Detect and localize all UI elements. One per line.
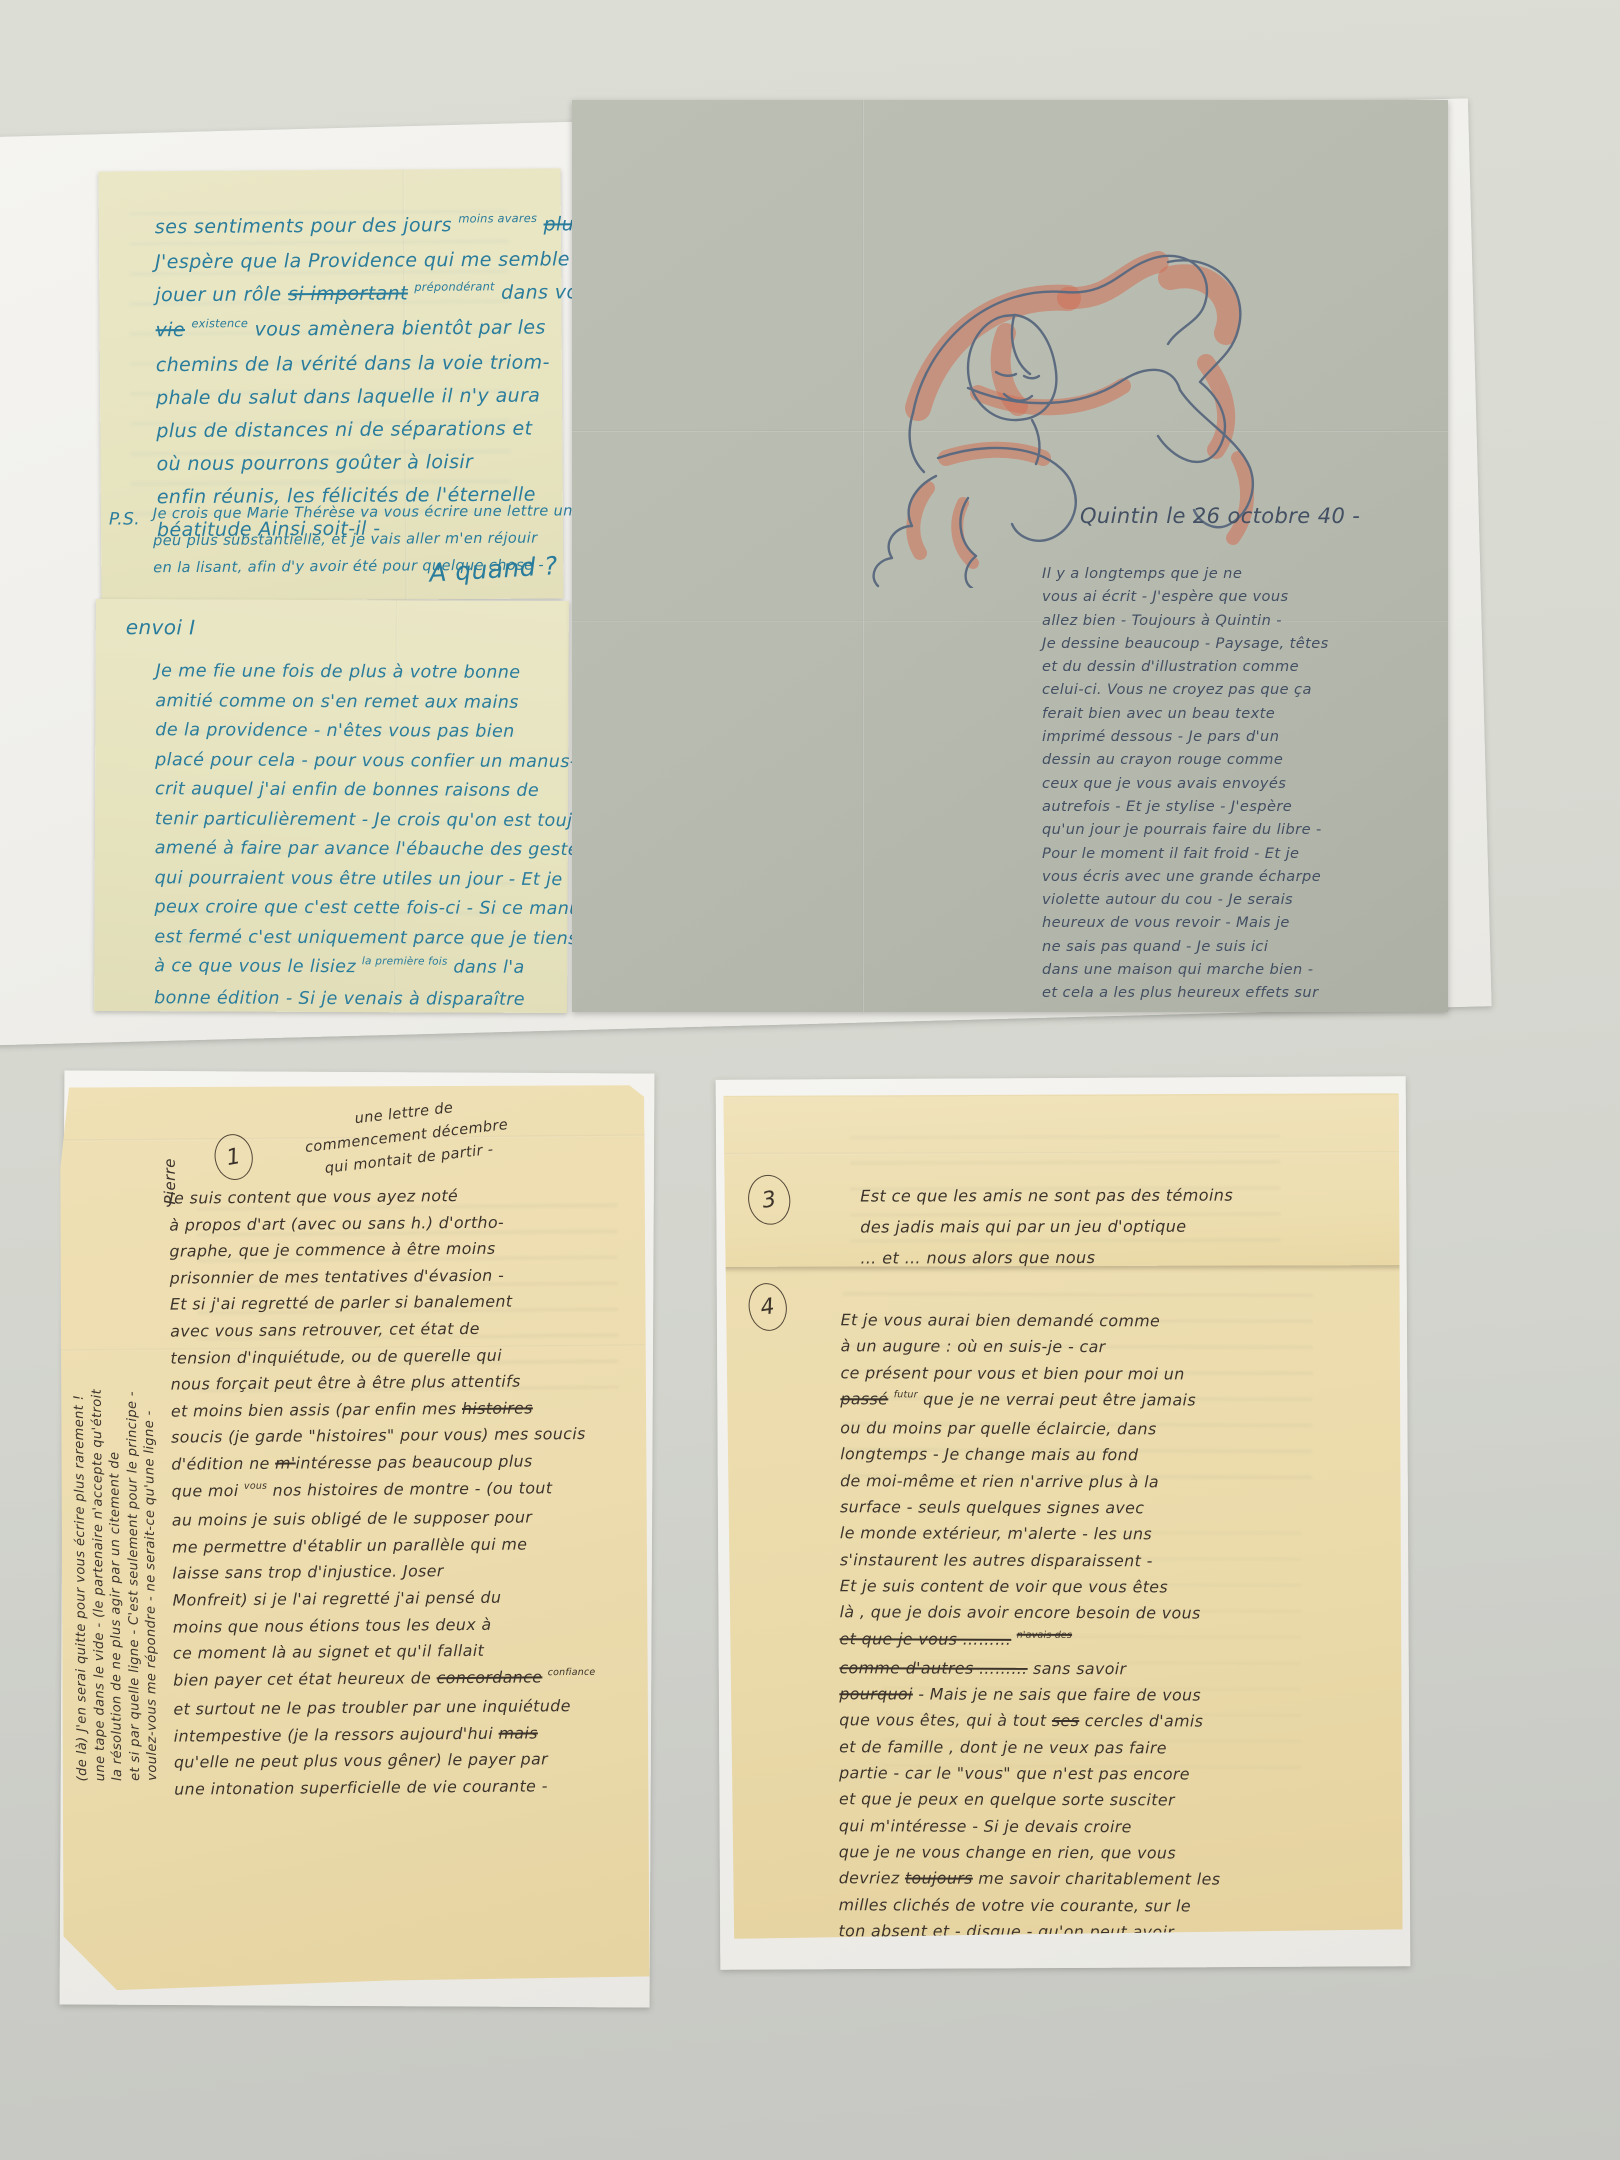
text-line: Il y a longtemps que je ne [1042, 562, 1329, 585]
text-line: pourquoi - Mais je ne sais que faire de … [839, 1681, 1221, 1709]
text-line: devriez toujours me savoir charitablemen… [839, 1865, 1221, 1893]
dateline: Quintin le 26 octobre 40 - [1080, 504, 1360, 528]
text-line: Et si j'ai regretté de parler si banalem… [170, 1288, 592, 1318]
text-line: qui m'intéresse - Si je devais croire [839, 1813, 1221, 1841]
text-line: Monfreit) si je l'ai regretté j'ai pensé… [172, 1584, 594, 1614]
text-line: comme d'autres ……… sans savoir [839, 1655, 1221, 1683]
text-line: bien payer cet état heureux de concordan… [173, 1664, 595, 1697]
text-line: au moins je suis obligé de le supposer p… [172, 1504, 594, 1534]
text-line: … et … nous alors que nous [860, 1242, 1233, 1267]
text-line: à propos d'art (avec ou sans h.) d'ortho… [169, 1209, 591, 1239]
text-line: Je dessine beaucoup - Paysage, têtes [1042, 632, 1329, 655]
text-line: que vous êtes, qui à tout ses cercles d'… [839, 1708, 1221, 1736]
page-number-circled: 3 [745, 1172, 794, 1228]
text-line: de moi-même et rien n'arrive plus à la [840, 1468, 1222, 1496]
text-line: une intonation superficielle de vie cour… [174, 1773, 596, 1803]
letter-grey-with-drawing: Quintin le 26 octobre 40 - Il y a longte… [572, 100, 1448, 1012]
text-line: vous ai écrit - J'espère que vous [1042, 585, 1329, 608]
text-line: laisse sans trop d'injustice. Joser [172, 1557, 594, 1587]
text-line: que je ne vous change en rien, que vous [839, 1839, 1221, 1867]
manuscript-page-4: 3 Est ce que les amis ne sont pas des té… [721, 1091, 1406, 1941]
text-line: et que je vous ……… n'avais des [840, 1626, 1222, 1657]
text-line: ou du moins par quelle éclaircie, dans [840, 1415, 1222, 1443]
text-line: à un augure : où en suis-je - car [841, 1334, 1223, 1362]
text-line: et moins bien assis (par enfin mes histo… [171, 1395, 593, 1425]
text-line: imprimé dessous - Je pars d'un [1042, 725, 1329, 748]
text-line: ce moment là au signet et qu'il fallait [173, 1637, 595, 1667]
text-line: qu'un jour je pourrais faire du libre - [1042, 818, 1329, 841]
text-line: avec vous sans retrouver, cet état de [170, 1315, 592, 1345]
header-annotation: une lettre decommencement décembrequi mo… [301, 1091, 512, 1183]
text-line: Pour le moment il fait froid - Et je [1042, 842, 1329, 865]
manuscript-body-text: Et je vous aurai bien demandé commeà un … [839, 1307, 1223, 1945]
text-line: que moi vous nos histoires de montre - (… [171, 1474, 593, 1507]
text-line: s'instaurent les autres disparaissent - [840, 1547, 1222, 1575]
text-line: celui-ci. Vous ne croyez pas que ça [1042, 678, 1329, 701]
text-line: peu plus substantielle, et je vais aller… [153, 525, 573, 555]
text-line: Et je vous aurai bien demandé comme [841, 1307, 1223, 1335]
text-line: tension d'inquiétude, ou de querelle qui [170, 1341, 592, 1371]
text-line: d'édition ne m'intéresse pas beaucoup pl… [171, 1448, 593, 1478]
text-line: ceux que je vous avais envoyés [1042, 772, 1329, 795]
text-line: milles clichés de votre vie courante, su… [839, 1892, 1221, 1920]
text-line: soucis (je garde "histoires" pour vous) … [171, 1421, 593, 1451]
text-line: autrefois - Et je stylise - J'espère [1042, 795, 1329, 818]
manuscript-page-1: 1 une lettre decommencement décembrequi … [56, 1082, 652, 1990]
text-line: passé futur que je ne verrai peut être j… [840, 1386, 1222, 1417]
text-line: Je suis content que vous ayez noté [169, 1182, 591, 1212]
text-line: le monde extérieur, m'alerte - les uns [840, 1521, 1222, 1549]
page-number-circled: 4 [745, 1280, 790, 1333]
manuscript-body-text: Je suis content que vous ayez notéà prop… [169, 1182, 597, 1803]
text-line: et de famille , dont je ne veux pas fair… [839, 1734, 1221, 1762]
closing-question: A quand ? [429, 551, 559, 588]
text-line: Je crois que Marie Thérèse va vous écrir… [153, 498, 573, 528]
letter-teal-page-1: ses sentiments pour des jours moins avar… [99, 168, 564, 601]
letter-teal-page-2: envoi I Je me fie une fois de plus à vot… [94, 599, 569, 1013]
text-line: violette autour du cou - Je serais [1042, 888, 1329, 911]
text-line: heureux de vous revoir - Mais je [1042, 911, 1329, 934]
text-line: partie - car le "vous" que n'est pas enc… [839, 1760, 1221, 1788]
photo-of-manuscripts: ses sentiments pour des jours moins avar… [0, 0, 1620, 2160]
text-line: ne sais pas quand - Je suis ici [1042, 935, 1329, 958]
text-line: prisonnier de mes tentatives d'évasion - [170, 1262, 592, 1292]
text-line: qu'elle ne peut plus vous gêner) le paye… [174, 1746, 596, 1776]
text-line: Et je suis content de voir que vous êtes [840, 1573, 1222, 1601]
text-line: et du dessin d'illustration comme [1042, 655, 1329, 678]
text-line: allez bien - Toujours à Quintin - [1042, 609, 1329, 632]
text-line: surface - seuls quelques signes avec [840, 1494, 1222, 1522]
text-line: longtemps - Je change mais au fond [840, 1442, 1222, 1470]
text-line: et surtout ne le pas troubler par une in… [173, 1693, 595, 1723]
text-line: intempestive (je la ressors aujourd'hui … [174, 1720, 596, 1750]
manuscript-body-text: Est ce que les amis ne sont pas des témo… [860, 1180, 1233, 1267]
text-line: ferait bien avec un beau texte [1042, 702, 1329, 725]
text-line: dans une maison qui marche bien - [1042, 958, 1329, 981]
text-line: et que je peux en quelque sorte susciter [839, 1787, 1221, 1815]
text-line: vous écris avec une grande écharpe [1042, 865, 1329, 888]
text-line: dessin au crayon rouge comme [1042, 748, 1329, 771]
text-line: des jadis mais qui par un jeu d'optique [860, 1211, 1233, 1243]
text-line: et cela a les plus heureux effets sur [1042, 981, 1329, 1004]
letter-body-text: Il y a longtemps que je nevous ai écrit … [1042, 562, 1329, 1005]
text-line: Est ce que les amis ne sont pas des témo… [860, 1180, 1233, 1212]
page-header: envoi I [126, 615, 196, 639]
text-line: nous forçait peut être à être plus atten… [171, 1368, 593, 1398]
text-line: graphe, que je commence à être moins [169, 1235, 591, 1265]
postscript-label: P.S. [109, 509, 140, 529]
text-line: me permettre d'établir un parallèle qui … [172, 1531, 594, 1561]
margin-note-vertical: (de là) J'en serai quitte pour vous écri… [68, 1133, 161, 1782]
manuscript-page-3-strip: 3 Est ce que les amis ne sont pas des té… [720, 1095, 1408, 1267]
text-line: moins que nous étions tous les deux à [173, 1610, 595, 1640]
